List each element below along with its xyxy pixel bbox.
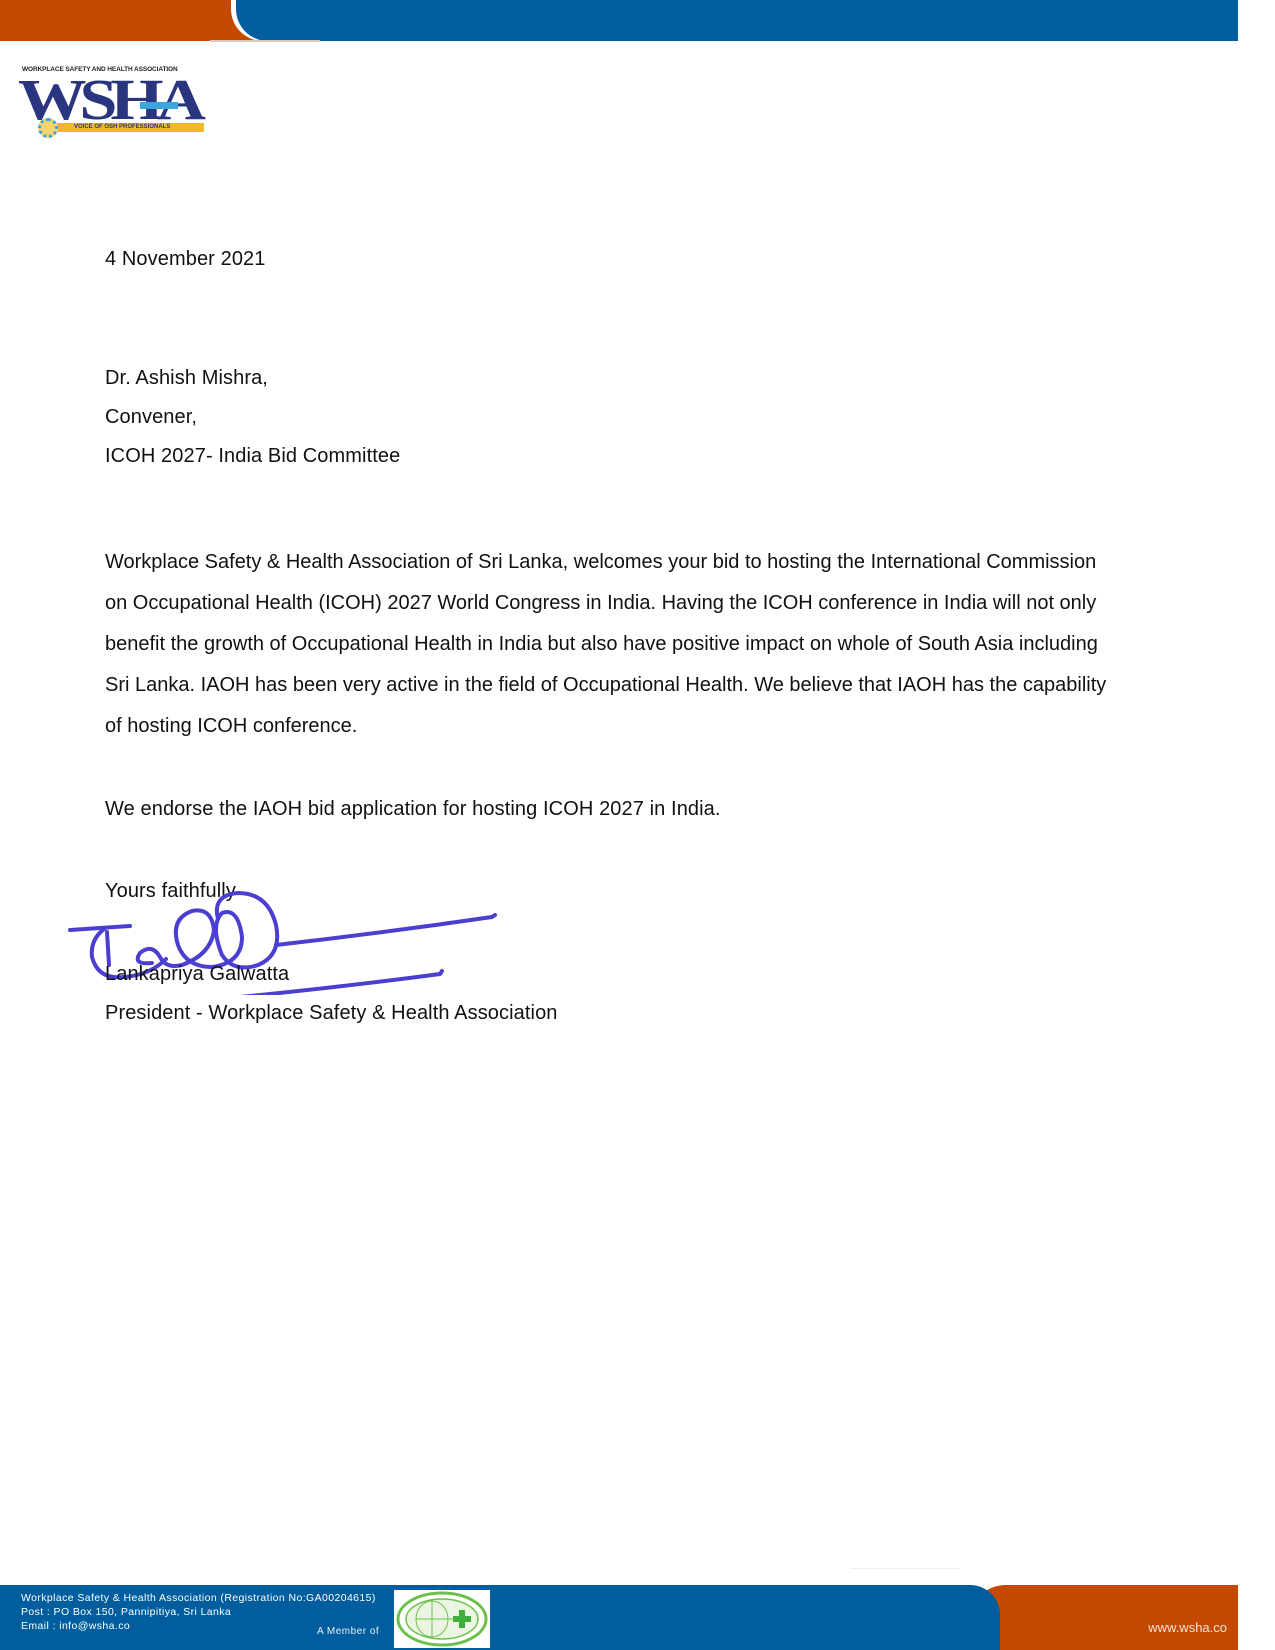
letter-date: 4 November 2021	[105, 248, 265, 271]
letter-body: Workplace Safety & Health Association of…	[105, 542, 1180, 747]
logo-accent-bar	[140, 102, 178, 109]
header-divider	[210, 40, 320, 42]
globe-cross-icon	[394, 1590, 490, 1648]
header-blue-band	[236, 0, 1238, 41]
logo-tagline-bottom: VOICE OF OSH PROFESSIONALS	[74, 123, 170, 132]
body-line: on Occupational Health (ICOH) 2027 World…	[105, 583, 1180, 624]
footer-registration: Workplace Safety & Health Association (R…	[21, 1591, 376, 1605]
footer-website-link[interactable]: www.wsha.co	[1148, 1620, 1227, 1635]
body-line: Sri Lanka. IAOH has been very active in …	[105, 665, 1180, 706]
body-line: benefit the growth of Occupational Healt…	[105, 624, 1180, 665]
body-line: of hosting ICOH conference.	[105, 706, 1180, 747]
footer-address: Post : PO Box 150, Pannipitiya, Sri Lank…	[21, 1605, 376, 1619]
member-label: A Member of	[317, 1626, 379, 1637]
body-line: Workplace Safety & Health Association of…	[105, 542, 1180, 583]
footer-divider	[850, 1568, 960, 1569]
recipient-title: Convener,	[105, 406, 197, 429]
logo-strip: VOICE OF OSH PROFESSIONALS	[44, 123, 204, 132]
wsha-logo: WORKPLACE SAFETY AND HEALTH ASSOCIATION …	[18, 66, 198, 146]
footer-orange-band	[968, 1585, 1238, 1650]
recipient-organization: ICOH 2027- India Bid Committee	[105, 445, 400, 468]
aposho-badge	[394, 1590, 490, 1648]
signatory-name: Lankapriya Galwatta	[105, 963, 289, 986]
endorsement-statement: We endorse the IAOH bid application for …	[105, 798, 721, 821]
signatory-title: President - Workplace Safety & Health As…	[105, 1002, 558, 1025]
people-circle-icon	[38, 118, 58, 138]
recipient-name: Dr. Ashish Mishra,	[105, 367, 268, 390]
